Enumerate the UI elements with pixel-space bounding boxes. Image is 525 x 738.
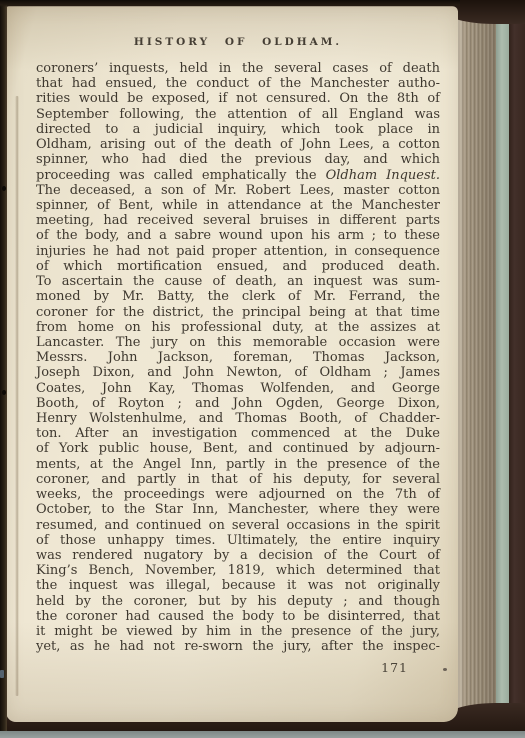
text-line: was rendered nugatory by a decision of t… (36, 548, 440, 563)
text-line: yet, as he had not re-sworn the jury, af… (36, 639, 440, 654)
text-line: Henry Wolstenhulme, and Thomas Booth, of… (36, 411, 440, 426)
text-line: Joseph Dixon, and John Newton, of Oldham… (36, 365, 440, 380)
text-line: Messrs. John Jackson, foreman, Thomas Ja… (36, 350, 440, 365)
text-line: the inquest was illegal, because it was … (36, 578, 440, 593)
text-line: held by the coroner, but by his deputy ;… (36, 594, 440, 609)
text-line: Coates, John Kay, Thomas Wolfenden, and … (36, 381, 440, 396)
text-line: directed to a judicial inquiry, which to… (36, 122, 440, 137)
text-line: proceeding was called emphatically the O… (36, 168, 440, 183)
book-cover-right-edge (507, 0, 525, 731)
text-line: King’s Bench, November, 1819, which dete… (36, 563, 440, 578)
top-edge-shadow (0, 0, 460, 7)
ink-speck (0, 670, 4, 678)
ink-speck (2, 390, 6, 395)
text-line: coroner for the district, the principal … (36, 305, 440, 320)
text-line: that had ensued, the conduct of the Manc… (36, 76, 440, 91)
text-line: coroner, and partly in that of his deput… (36, 472, 440, 487)
text-line: of those unhappy times. Ultimately, the … (36, 533, 440, 548)
text-line: the coroner had caused the body to be di… (36, 609, 440, 624)
text-line: Oldham, arising out of the death of John… (36, 137, 440, 152)
page-crease-line (15, 96, 19, 696)
text-line: Booth, of Royton ; and John Ogden, Georg… (36, 396, 440, 411)
text-line: meeting, had received several bruises in… (36, 213, 440, 228)
body-text: coroners’ inquests, held in the several … (36, 61, 440, 655)
gutter-shadow (0, 0, 7, 731)
scanned-book-photo: HISTORY OF OLDHAM. coroners’ inquests, h… (0, 0, 525, 738)
page-number: 171 (36, 660, 408, 675)
text-line: ments, at the Angel Inn, partly in the p… (36, 457, 440, 472)
ink-speck (443, 668, 447, 671)
ink-speck (2, 186, 6, 191)
text-line: of which mortification ensued, and produ… (36, 259, 440, 274)
text-line: it might be viewed by him in the presenc… (36, 624, 440, 639)
text-line: resumed, and continued on several occasi… (36, 518, 440, 533)
text-line: spinner, of Bent, while in attendance at… (36, 198, 440, 213)
text-line: of the body, and a sabre wound upon his … (36, 228, 440, 243)
table-surface (0, 731, 525, 738)
text-line: from home on his professional duty, at t… (36, 320, 440, 335)
text-line: spinner, who had died the previous day, … (36, 152, 440, 167)
text-line: The deceased, a son of Mr. Robert Lees, … (36, 183, 440, 198)
text-line: of York public house, Bent, and continue… (36, 441, 440, 456)
text-line: moned by Mr. Batty, the clerk of Mr. Fer… (36, 289, 440, 304)
text-line: Lancaster. The jury on this memorable oc… (36, 335, 440, 350)
text-line: ton. After an investigation commenced at… (36, 426, 440, 441)
text-line: weeks, the proceedings were adjourned on… (36, 487, 440, 502)
text-line: October, to the Star Inn, Manchester, wh… (36, 502, 440, 517)
endpaper-green-strip (496, 13, 509, 711)
text-line: injuries he had not paid proper attentio… (36, 244, 440, 259)
text-line: coroners’ inquests, held in the several … (36, 61, 440, 76)
text-line: To ascertain the cause of death, an inqu… (36, 274, 440, 289)
text-line: September following, the attention of al… (36, 107, 440, 122)
page-stack-fore-edge (456, 9, 497, 715)
text-line: rities would be exposed, if not censured… (36, 91, 440, 106)
running-header: HISTORY OF OLDHAM. (36, 36, 440, 48)
